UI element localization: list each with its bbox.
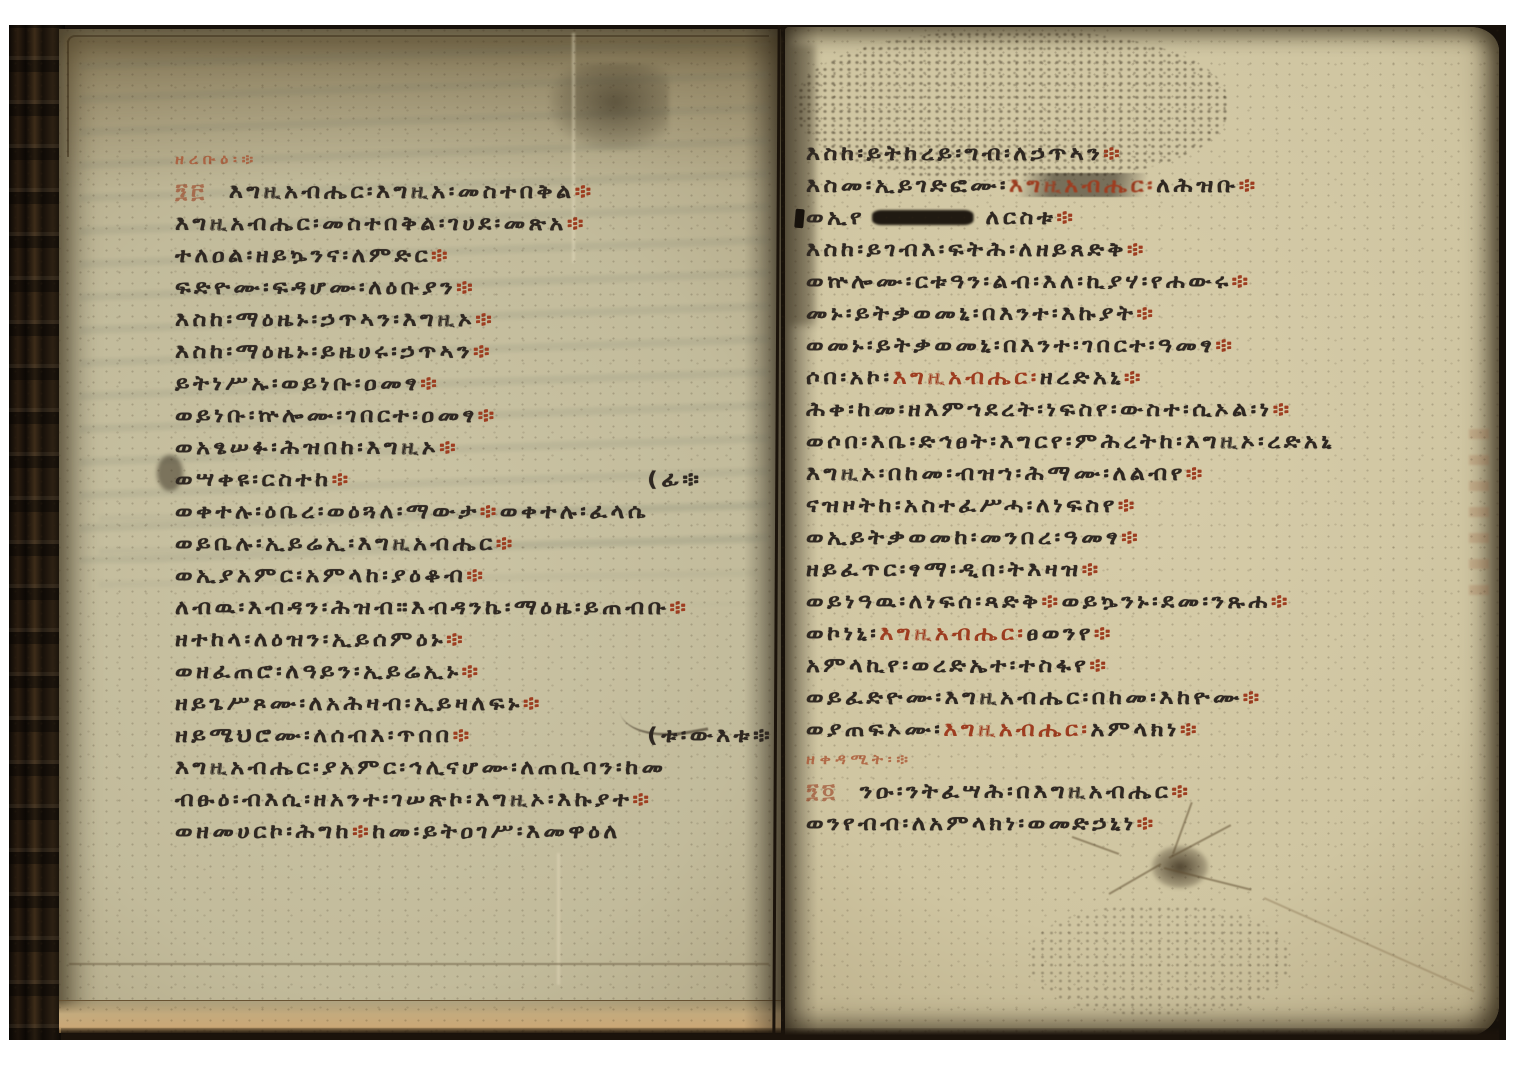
section-mark: ፨: [1271, 589, 1291, 613]
text-segment: እግዚአብሔር፡ያአምር፡ኅሊናሆሙ፡ለጠቢባን፡ከመ: [175, 755, 667, 779]
manuscript-text-line: ሶበ፡አኮ፡እግዚአብሔር፡ዘረድአኒ፨: [806, 361, 1506, 393]
manuscript-text-line: ወኮነኒ፡እግዚአብሔር፡ፀወንየ፨: [806, 617, 1506, 649]
manuscript-text-line: ወንየብብ፡ለአምላክነ፡ወመድኃኒነ፨: [806, 807, 1506, 839]
manuscript-text-line: እግዚአብሔር፡ያአምር፡ኅሊናሆሙ፡ለጠቢባን፡ከመ: [175, 751, 878, 783]
section-mark: ፨: [446, 627, 466, 651]
text-segment: ከመ፡ይትዐገሥ፡እመዋዕለ: [372, 819, 621, 843]
text-segment: እግዚአብሔር፡እግዚአ፡መስተበቅል: [229, 179, 575, 203]
manuscript-text-line: ወይፈድዮሙ፡እግዚአብሔር፡በከመ፡እከዮሙ፨: [806, 681, 1506, 713]
text-segment: ፀወንየ: [1027, 621, 1094, 645]
manuscript-text-line: እስከ፡ማዕዜኑ፡ኃጥኣን፡እግዚኦ፨: [175, 303, 878, 335]
manuscript-text-line: እስከ፡ማዕዜኑ፡ይዜሀሩ፡ኃጥኣን፨: [175, 335, 878, 367]
text-segment: ወንየብብ፡ለአምላክነ፡ወመድኃኒነ: [806, 811, 1137, 835]
text-segment: ወዘመሀርኮ፡ሕግከ: [175, 819, 352, 843]
section-mark: ፨: [420, 371, 440, 395]
text-segment: ወይነቡ፡ኵሎሙ፡ገበርተ፡ዐመፃ: [175, 403, 478, 427]
section-mark: ፨: [1094, 621, 1114, 645]
bottom-page-edge-shadow: [61, 1028, 1499, 1040]
manuscript-text-line: ወኵሎሙ፡ርቱዓን፡ልብ፡እለ፡ኪያሃ፡የሐውሩ፨: [806, 265, 1506, 297]
section-mark: ፨: [466, 563, 486, 587]
text-segment: ይትነሥኡ፡ወይነቡ፡ዐመፃ: [175, 371, 420, 395]
text-segment: እግዚአብሔር፡: [893, 365, 1040, 389]
section-mark: ፨: [352, 819, 372, 843]
manuscript-text-line: ይትነሥኡ፡ወይነቡ፡ዐመፃ፨: [175, 367, 878, 399]
manuscript-text-line: ዘተከላ፡ለዕዝን፡ኢይሰምዕኑ፨: [175, 623, 878, 655]
section-mark: ፨: [496, 531, 516, 555]
section-mark: ፨: [332, 467, 352, 491]
manuscript-text-line: ወያጠፍኦሙ፡እግዚአብሔር፡አምላክነ፨: [806, 713, 1506, 745]
text-segment: ፺፬: [806, 779, 839, 803]
ink-blot: [872, 210, 973, 225]
section-mark: ፨: [1171, 779, 1191, 803]
manuscript-text-line: ወኢየለርስቱ፨: [806, 201, 1506, 233]
section-mark: ፨: [1089, 653, 1109, 677]
section-mark: ፨: [523, 691, 543, 715]
text-segment: ወይፈድዮሙ፡እግዚአብሔር፡በከመ፡እከዮሙ: [806, 685, 1243, 709]
manuscript-photo-stage: ዘረቡዕ፡፨፺፫እግዚአብሔር፡እግዚአ፡መስተበቅል፨እግዚአብሔር፡መስተበ…: [0, 0, 1515, 1071]
section-mark: ፨: [439, 435, 459, 459]
text-segment: ዘይሜህሮሙ፡ለሰብእ፡ጥበበ: [175, 723, 453, 747]
text-segment: ሶበ፡አኮ፡: [806, 365, 893, 389]
manuscript-text-line: ወመኑ፡ይትቃወመኒ፡በእንተ፡ገበርተ፡ዓመፃ፨: [806, 329, 1506, 361]
text-segment: ወይኴንኑ፡ደመ፡ንጹሐ: [1062, 589, 1271, 613]
text-segment: ወያጠፍኦሙ፡: [806, 717, 943, 741]
text-segment: ወኵሎሙ፡ርቱዓን፡ልብ፡እለ፡ኪያሃ፡የሐውሩ: [806, 269, 1232, 293]
text-segment: ወአፄሠፉ፡ሕዝበከ፡እግዚኦ: [175, 435, 439, 459]
section-mark: ፨: [456, 275, 476, 299]
margin-note: (ፊ፨: [647, 463, 702, 495]
text-segment: ወኮነኒ፡: [806, 621, 879, 645]
manuscript-text-line: ዘይፈጥር፡ፃማ፡ዲበ፡ትእዛዝ፨: [806, 553, 1506, 585]
section-mark: ፨: [669, 595, 689, 619]
text-segment: ፍድዮሙ፡ፍዳሆሙ፡ለዕቡያን: [175, 275, 456, 299]
manuscript-text-line: ወኢይትቃወመከ፡መንበረ፡ዓመፃ፨: [806, 521, 1506, 553]
manuscript-text-line: ዘይሜህሮሙ፡ለሰብእ፡ጥበበ፨(ቱ፡ውእቱ፨: [175, 719, 878, 751]
text-segment: ፺፫: [175, 179, 208, 203]
section-mark: ፨: [1273, 397, 1293, 421]
text-segment: እግዚአብሔር፡: [879, 621, 1026, 645]
parchment-crease: [69, 963, 769, 965]
manuscript-text-line: እስመ፡ኢይገድፎሙ፡እግዚአብሔር፡ለሕዝቡ፨: [806, 169, 1506, 201]
manuscript-text-line: መኑ፡ይትቃወመኒ፡በእንተ፡እኩያት፨: [806, 297, 1506, 329]
section-mark: ፨: [480, 499, 500, 523]
section-mark: ፨: [1124, 365, 1144, 389]
section-mark: ፨: [1121, 525, 1141, 549]
section-mark: ፨: [1243, 685, 1263, 709]
section-mark: ፨: [453, 723, 473, 747]
manuscript-text-line: ፍድዮሙ፡ፍዳሆሙ፡ለዕቡያን፨: [175, 271, 878, 303]
text-segment: ዘተከላ፡ለዕዝን፡ኢይሰምዕኑ: [175, 627, 446, 651]
manuscript-text-line: ዘይጌሥጾሙ፡ለአሕዛብ፡ኢይዛለፍኑ፨: [175, 687, 878, 719]
section-mark: ፨: [1127, 237, 1147, 261]
section-mark: ፨: [473, 339, 493, 363]
manuscript-text-line: ወዘፈጠሮ፡ለዓይን፡ኢይሬኢኑ፨: [175, 655, 878, 687]
manuscript-text-line: ናዝዞትከ፡አስተፈሥሓ፡ለነፍስየ፨: [806, 489, 1506, 521]
section-mark: ፨: [1118, 493, 1138, 517]
text-segment: ወዘፈጠሮ፡ለዓይን፡ኢይሬኢኑ: [175, 659, 462, 683]
text-segment: እግዚአብሔር፡: [943, 717, 1090, 741]
manuscript-text-line: ሕቀ፡ከመ፡ዘእምኀደረት፡ነፍስየ፡ውስተ፡ሲኦል፡ነ፨: [806, 393, 1506, 425]
manuscript-text-line: ወኢያአምር፡አምላከ፡ያዕቆብ፨: [175, 559, 878, 591]
section-mark: ፨: [1042, 589, 1062, 613]
manuscript-text-line: ብፁዕ፡ብእሲ፡ዘአንተ፡ገሠጽኮ፡እግዚኦ፡እኩያተ፨: [175, 783, 878, 815]
left-page-text-column: ዘረቡዕ፡፨፺፫እግዚአብሔር፡እግዚአ፡መስተበቅል፨እግዚአብሔር፡መስተበ…: [175, 145, 771, 847]
text-segment: ወቀተሉ፡ዕቤረ፡ወዕጓለ፡ማውታ: [175, 499, 480, 523]
text-segment: እስከ፡ይገብእ፡ፍትሕ፡ለዘይጸድቅ: [806, 237, 1127, 261]
text-segment: እስመ፡ኢይገድፎሙ፡: [806, 173, 1009, 197]
section-mark: ፨: [1137, 811, 1157, 835]
parchment-crease: [557, 853, 560, 985]
open-codex-photo: ዘረቡዕ፡፨፺፫እግዚአብሔር፡እግዚአ፡መስተበቅል፨እግዚአብሔር፡መስተበ…: [9, 25, 1506, 1040]
text-segment: እስከ፡ይትከረይ፡ግብ፡ለኃጥኣን: [806, 141, 1103, 165]
section-mark: ፨: [1232, 269, 1252, 293]
text-segment: ወኢየ: [806, 205, 865, 229]
manuscript-text-line: ወይነቡ፡ኵሎሙ፡ገበርተ፡ዐመፃ፨: [175, 399, 878, 431]
section-mark: ፨: [478, 403, 498, 427]
margin-note: (ቱ፡ውእቱ፨: [647, 719, 773, 751]
manuscript-text-line: ወሶበ፡እቤ፡ድኅፀት፡እግርየ፡ምሕረትከ፡እግዚኦ፡ረድአኒ: [806, 425, 1506, 457]
section-mark: ፨: [1239, 173, 1259, 197]
manuscript-text-line: ወይነዓዉ፡ለነፍሰ፡ጻድቅ፨ወይኴንኑ፡ደመ፡ንጹሐ፨: [806, 585, 1506, 617]
section-mark: ፨: [1186, 461, 1206, 485]
manuscript-text-line: እስከ፡ይትከረይ፡ግብ፡ለኃጥኣን፨: [806, 137, 1506, 169]
right-page-text-column: እስከ፡ይትከረይ፡ግብ፡ለኃጥኣን፨እስመ፡ኢይገድፎሙ፡እግዚአብሔር፡ለሕ…: [806, 137, 1478, 839]
section-mark: ፨: [1056, 205, 1076, 229]
manuscript-text-line: እግዚኦ፡በከመ፡ብዝኀ፡ሕማሙ፡ለልብየ፨: [806, 457, 1506, 489]
text-segment: ወኢያአምር፡አምላከ፡ያዕቆብ: [175, 563, 466, 587]
manuscript-text-line: ለብዉ፡እብዳን፡ሕዝብ።እብዳንኬ፡ማዕዜ፡ይጠብቡ፨: [175, 591, 878, 623]
section-mark: ፨: [1136, 301, 1156, 325]
manuscript-text-line: ወዘመሀርኮ፡ሕግከ፨ከመ፡ይትዐገሥ፡እመዋዕለ: [175, 815, 878, 847]
text-segment: መኑ፡ይትቃወመኒ፡በእንተ፡እኩያት: [806, 301, 1136, 325]
text-segment: ንዑ፡ንትፈሣሕ፡በእግዚአብሔር: [860, 779, 1172, 803]
text-segment: ወይነዓዉ፡ለነፍሰ፡ጻድቅ: [806, 589, 1042, 613]
text-segment: እግዚኦ፡በከመ፡ብዝኀ፡ሕማሙ፡ለልብየ: [806, 461, 1186, 485]
text-segment: ወመኑ፡ይትቃወመኒ፡በእንተ፡ገበርተ፡ዓመፃ: [806, 333, 1215, 357]
manuscript-text-line: ወሣቀዩ፡ርስተከ፨(ፊ፨: [175, 463, 878, 495]
manuscript-text-line: አምላኪየ፡ወረድኤተ፡ተስፋየ፨: [806, 649, 1506, 681]
text-segment: አምላክነ: [1091, 717, 1180, 741]
text-segment: ናዝዞትከ፡አስተፈሥሓ፡ለነፍስየ: [806, 493, 1118, 517]
text-segment: ወቀተሉ፡ፈላሴ: [500, 499, 649, 523]
text-segment: ወሣቀዩ፡ርስተከ: [175, 467, 332, 491]
text-segment: እግዚአብሔር፡: [1009, 173, 1156, 197]
text-segment: እስከ፡ማዕዜኑ፡ይዜሀሩ፡ኃጥኣን: [175, 339, 473, 363]
manuscript-text-line: ፺፫እግዚአብሔር፡እግዚአ፡መስተበቅል፨: [175, 175, 878, 207]
section-mark: ፨: [1103, 141, 1123, 165]
section-mark: ፨: [567, 211, 587, 235]
section-mark: ፨: [575, 179, 595, 203]
manuscript-text-line: ፺፬ንዑ፡ንትፈሣሕ፡በእግዚአብሔር፨: [806, 775, 1506, 807]
text-segment: እግዚአብሔር፡መስተበቅል፡ገሀደ፡መጽአ: [175, 211, 567, 235]
manuscript-text-line: ወአፄሠፉ፡ሕዝበከ፡እግዚኦ፨: [175, 431, 878, 463]
section-mark: ፨: [462, 659, 482, 683]
text-segment: እስከ፡ማዕዜኑ፡ኃጥኣን፡እግዚኦ: [175, 307, 475, 331]
section-rubric: ዘረቡዕ፡፨: [175, 145, 878, 175]
section-rubric: ዘቀዳሚት፡፨: [806, 745, 1506, 775]
text-segment: ዘይፈጥር፡ፃማ፡ዲበ፡ትእዛዝ: [806, 557, 1082, 581]
manuscript-text-line: ወይቤሉ፡ኢይሬኢ፡እግዚአብሔር፨: [175, 527, 878, 559]
text-segment: ለሕዝቡ: [1156, 173, 1238, 197]
section-mark: ፨: [1082, 557, 1102, 581]
text-segment: ለብዉ፡እብዳን፡ሕዝብ።እብዳንኬ፡ማዕዜ፡ይጠብቡ: [175, 595, 669, 619]
section-mark: ፨: [632, 787, 652, 811]
text-segment: አምላኪየ፡ወረድኤተ፡ተስፋየ: [806, 653, 1089, 677]
section-mark: ፨: [475, 307, 495, 331]
section-mark: ፨: [1215, 333, 1235, 357]
text-segment: ለርስቱ: [985, 205, 1056, 229]
text-segment: ወሶበ፡እቤ፡ድኅፀት፡እግርየ፡ምሕረትከ፡እግዚኦ፡ረድአኒ: [806, 429, 1335, 453]
section-mark: ፨: [1180, 717, 1200, 741]
manuscript-text-line: ተለዐል፡ዘይኴንና፡ለምድር፨: [175, 239, 878, 271]
text-segment: ተለዐል፡ዘይኴንና፡ለምድር: [175, 243, 431, 267]
ink-stain: [549, 63, 669, 151]
book-spine-edge: [9, 25, 65, 1040]
section-mark: ፨: [431, 243, 451, 267]
manuscript-text-line: ወቀተሉ፡ዕቤረ፡ወዕጓለ፡ማውታ፨ወቀተሉ፡ፈላሴ: [175, 495, 878, 527]
text-segment: ብፁዕ፡ብእሲ፡ዘአንተ፡ገሠጽኮ፡እግዚኦ፡እኩያተ: [175, 787, 632, 811]
manuscript-text-line: እግዚአብሔር፡መስተበቅል፡ገሀደ፡መጽአ፨: [175, 207, 878, 239]
text-segment: ዘረድአኒ: [1040, 365, 1124, 389]
spider-stain: [1109, 823, 1269, 943]
text-segment: ዘይጌሥጾሙ፡ለአሕዛብ፡ኢይዛለፍኑ: [175, 691, 523, 715]
text-segment: ሕቀ፡ከመ፡ዘእምኀደረት፡ነፍስየ፡ውስተ፡ሲኦል፡ነ: [806, 397, 1273, 421]
manuscript-text-line: እስከ፡ይገብእ፡ፍትሕ፡ለዘይጸድቅ፨: [806, 233, 1506, 265]
text-segment: ወኢይትቃወመከ፡መንበረ፡ዓመፃ: [806, 525, 1121, 549]
text-segment: ወይቤሉ፡ኢይሬኢ፡እግዚአብሔር: [175, 531, 496, 555]
